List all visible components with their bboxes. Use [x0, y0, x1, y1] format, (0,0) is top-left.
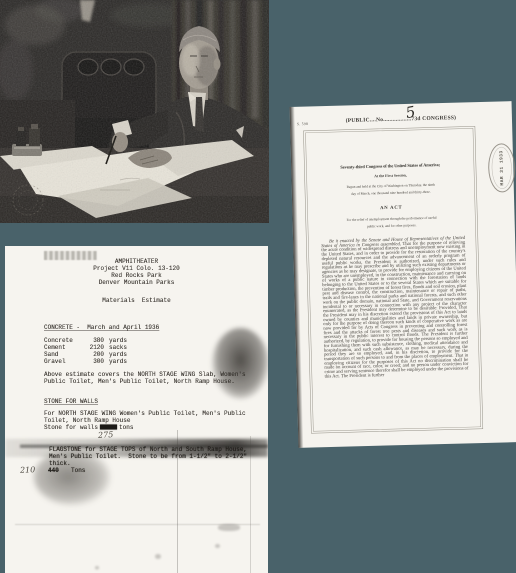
stone-line3-suffix: tons	[119, 424, 133, 431]
stone-walls-heading: STONE FOR WALLS	[44, 398, 98, 405]
material-qty: 300	[70, 358, 104, 365]
ink-smudge-right	[212, 328, 268, 399]
material-row-gravel: Gravel 300 yards	[44, 358, 194, 365]
handwritten-flagstone-tons: 210	[20, 465, 36, 475]
paper-mark	[95, 566, 99, 570]
materials-estimate-document: AMPHITHEATER Project V11 Colo. 13-120 Re…	[5, 246, 268, 573]
paper-mark	[155, 554, 161, 559]
public-congress-header: (PUBLIC....No..................73d CONGR…	[318, 114, 483, 124]
estimate-project-line: Project V11 Colo. 13-120	[5, 265, 268, 272]
estimate-park-line: Red Rocks Park	[5, 272, 268, 279]
stamp-date-text: MAR 31 1933	[499, 150, 505, 185]
material-item: Sand	[44, 351, 58, 358]
material-qty: 200	[70, 351, 104, 358]
paper-mark	[218, 524, 240, 531]
material-unit: yards	[109, 358, 127, 365]
estimate-title-line: AMPHITHEATER	[5, 258, 268, 265]
material-unit: yards	[109, 337, 127, 344]
concrete-note-line2: Public Toilet, Men's Public Toilet, Nort…	[44, 378, 235, 385]
material-unit: sacks	[109, 344, 127, 351]
blacked-out-quantity	[100, 425, 117, 430]
handwritten-act-number: 5	[404, 103, 417, 122]
bill-number: S. 598	[297, 121, 308, 126]
material-qty: 380	[70, 337, 104, 344]
collage-canvas: AMPHITHEATER Project V11 Colo. 13-120 Re…	[0, 0, 516, 573]
vertical-crease	[177, 430, 178, 573]
materials-estimate-heading: Materials Estimate	[5, 297, 268, 304]
paper-mark	[215, 544, 220, 548]
ink-streak-core	[20, 445, 268, 449]
stone-line3-prefix: Stone for walls	[44, 424, 98, 431]
photo-grain	[0, 0, 269, 223]
fdr-signing-photo	[0, 0, 269, 223]
stone-line1: For NORTH STAGE WING Women's Public Toil…	[44, 410, 246, 417]
act-body-text: Be it enacted by the Senate and House of…	[321, 235, 469, 378]
estimate-parks-dept-line: Denver Mountain Parks	[5, 279, 268, 286]
congress-act-document: S. 598 (PUBLIC....No..................73…	[290, 101, 516, 448]
act-body-continuation: That for the purpose of relieving the ac…	[321, 239, 468, 378]
material-row-concrete: Concrete 380 yards	[44, 337, 194, 344]
material-item: Concrete	[44, 337, 73, 344]
vertical-crease-2	[250, 436, 251, 573]
date-stamp: MAR 31 1933	[488, 143, 516, 193]
material-row-sand: Sand 200 yards	[44, 351, 194, 358]
stone-line3: Stone for wallstons	[44, 424, 133, 431]
ink-streak	[5, 439, 268, 457]
material-item: Cement	[44, 344, 66, 351]
concrete-section-heading: CONCRETE - March and April 1936	[44, 324, 159, 331]
photo-illustration	[0, 0, 269, 223]
material-qty: 2120	[70, 344, 104, 351]
ink-smudge-left	[34, 449, 110, 505]
material-row-cement: Cement 2120 sacks	[44, 344, 194, 351]
material-item: Gravel	[44, 358, 66, 365]
stone-line2: Toilet, North Ramp House	[44, 417, 130, 424]
material-unit: yards	[109, 351, 127, 358]
